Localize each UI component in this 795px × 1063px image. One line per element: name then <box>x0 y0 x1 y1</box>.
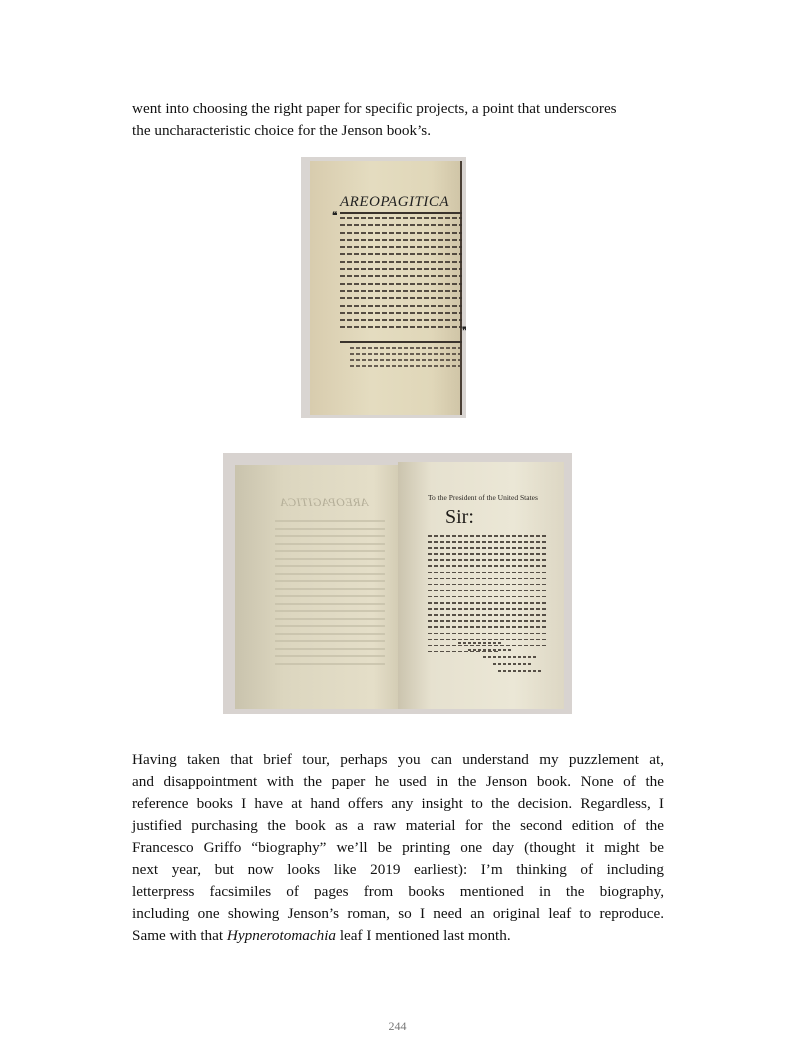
letter-signature-line <box>493 663 533 665</box>
open-quote-mark: ❝ <box>332 211 337 222</box>
close-quote-mark: ❞ <box>462 326 466 337</box>
photo-open-book: AREOPAGITICA To the President of the Uni… <box>223 453 572 714</box>
text-line: Francesco Griffo “biography” we’ll be pr… <box>132 837 664 859</box>
show-through-title: AREOPAGITICA <box>280 495 368 510</box>
book-right-page: To the President of the United States Si… <box>398 462 564 709</box>
photo-areopagitica-leaf: AREOPAGITICA ❝ ❞ <box>301 157 466 418</box>
letter-heading: To the President of the United States <box>428 493 538 502</box>
paragraph-body: Having taken that brief tour, perhaps yo… <box>132 749 664 947</box>
leaf-body-text <box>340 217 462 334</box>
text-line: including one showing Jenson’s roman, so… <box>132 903 664 925</box>
leaf-footer-text <box>350 347 462 371</box>
text-line: Same with that Hypnerotomachia leaf I me… <box>132 925 664 947</box>
text-line: went into choosing the right paper for s… <box>132 98 664 120</box>
title-rule <box>340 212 462 214</box>
paragraph-intro: went into choosing the right paper for s… <box>132 98 664 142</box>
letter-salutation: Sir: <box>445 506 474 529</box>
book-left-page: AREOPAGITICA <box>235 465 398 709</box>
footer-rule <box>340 341 462 343</box>
show-through-text <box>275 520 385 670</box>
text-line: reference books I have at hand offers an… <box>132 793 664 815</box>
letter-closing-line <box>468 649 513 651</box>
document-page: went into choosing the right paper for s… <box>0 0 795 1063</box>
text-line: and disappointment with the paper he use… <box>132 771 664 793</box>
letter-closing-line <box>458 642 503 644</box>
letter-body-text <box>428 535 548 657</box>
printed-leaf: AREOPAGITICA ❝ ❞ <box>310 161 462 415</box>
letter-signature-line <box>483 656 538 658</box>
text-line: next year, but now looks like 2019 earli… <box>132 859 664 881</box>
text-line: Having taken that brief tour, perhaps yo… <box>132 749 664 771</box>
text-line: letterpress facsimiles of pages from boo… <box>132 881 664 903</box>
page-number: 244 <box>0 1019 795 1034</box>
italic-title: Hypnerotomachia <box>227 927 336 944</box>
text-line: the uncharacteristic choice for the Jens… <box>132 120 664 142</box>
leaf-title: AREOPAGITICA <box>340 194 449 211</box>
letter-signature-line <box>498 670 543 672</box>
text-line: justified purchasing the book as a raw m… <box>132 815 664 837</box>
